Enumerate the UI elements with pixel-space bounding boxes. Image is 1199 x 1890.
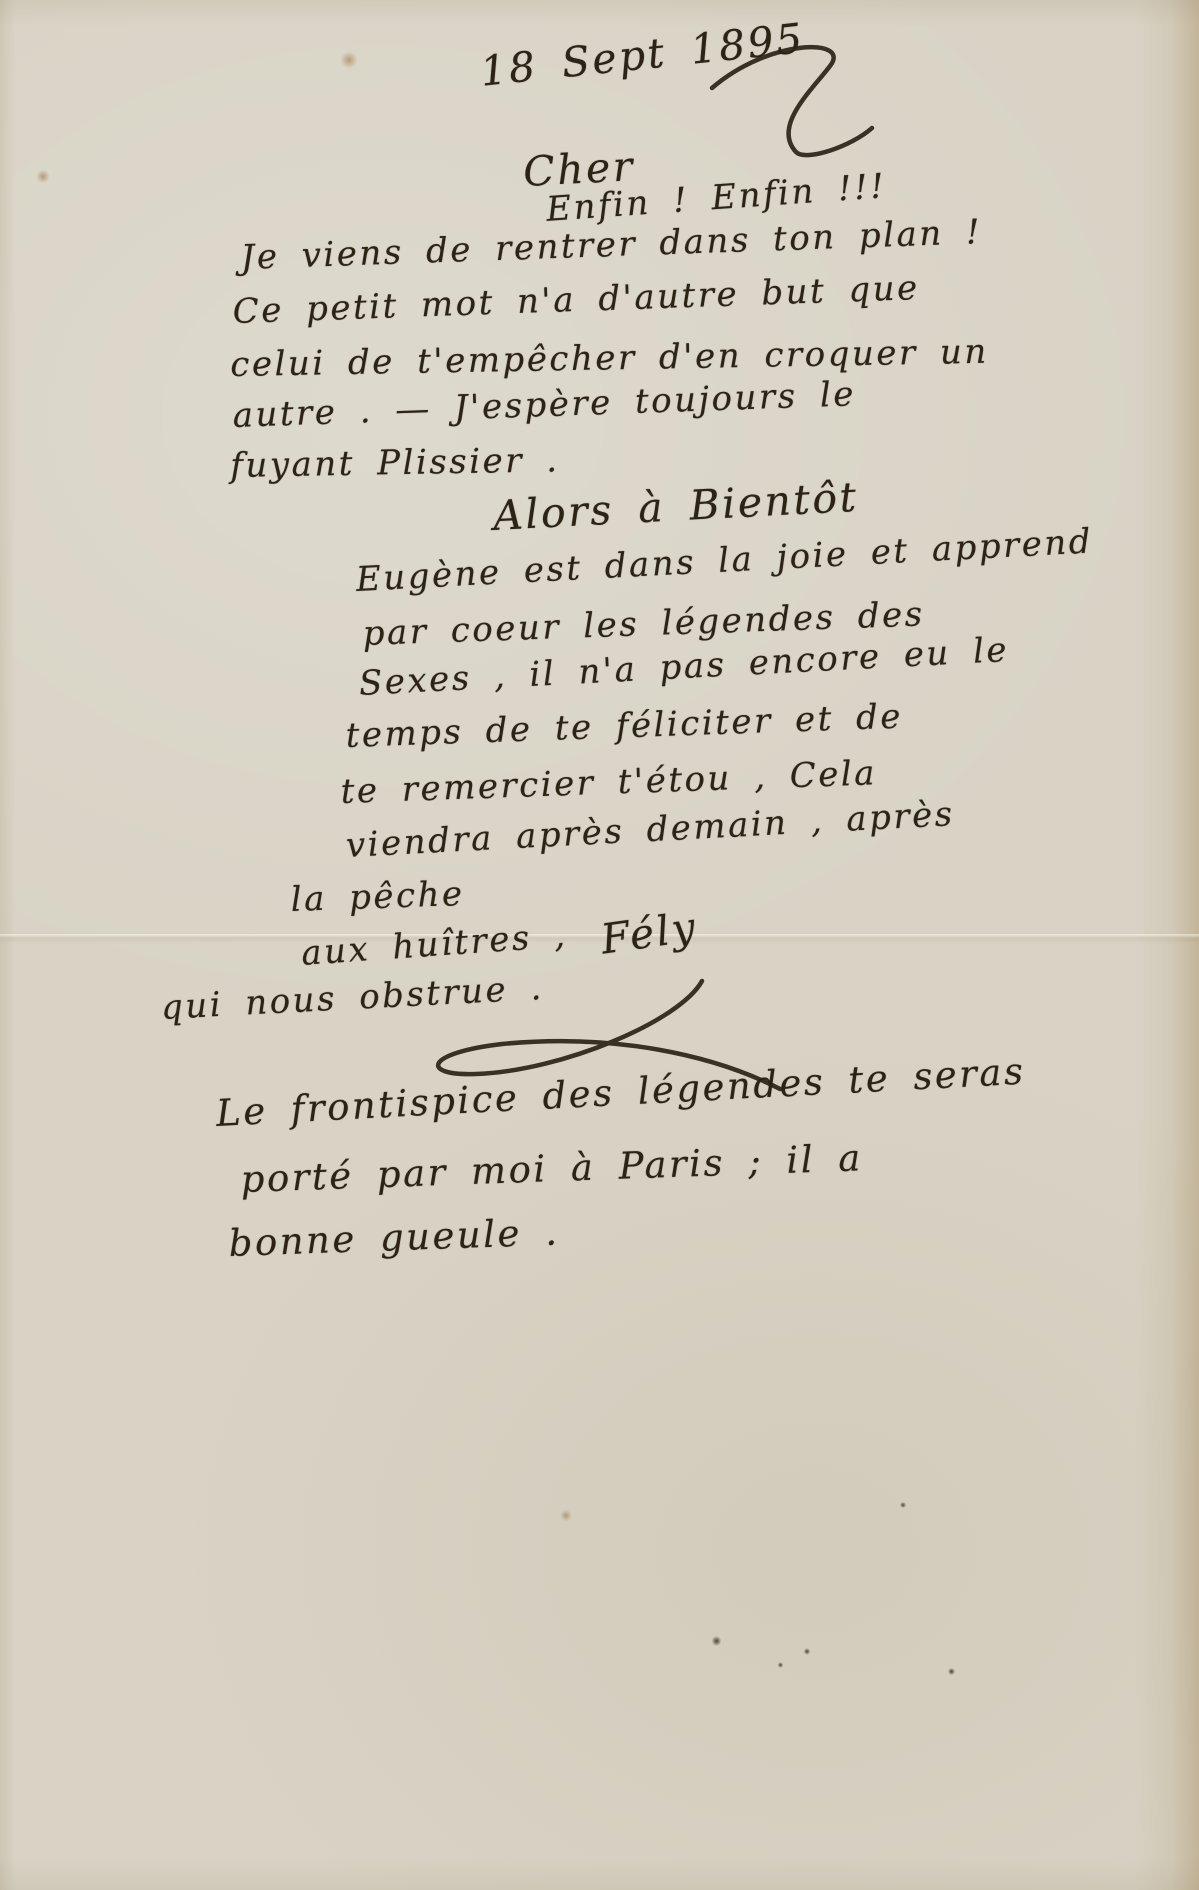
ink-speck [948,1668,955,1675]
ink-speck [712,1636,721,1646]
letter-page: 18 Sept 1895 Cher Enfin ! Enfin !!! Je v… [0,0,1199,1890]
ink-speck [900,1502,906,1508]
letter-line: temps de te féliciter et de [345,697,904,756]
signature-name: Fély [598,903,700,964]
letter-line: aux huîtres , [300,915,569,973]
foxing-spot [340,52,358,68]
letter-line: Eugène est dans la joie et apprend [355,521,1094,600]
ink-speck [804,1648,810,1655]
foxing-spot [560,1510,572,1521]
fold-crease [0,934,1199,938]
foxing-spot [36,170,50,183]
letter-line: celui de t'empêcher d'en croquer un [230,332,989,385]
letter-line: bonne gueule . [228,1210,560,1265]
letter-line: Ce petit mot n'a d'autre but que [232,268,920,332]
letter-line: porté par moi à Paris ; il a [240,1136,864,1201]
letter-line: Alors à Bientôt [492,473,860,540]
ink-speck [778,1662,783,1668]
letter-line: autre . — J'espère toujours le [232,374,857,436]
letter-line: la pêche [290,874,465,920]
letter-line: fuyant Plissier . [230,440,560,486]
date-flourish [700,30,900,180]
